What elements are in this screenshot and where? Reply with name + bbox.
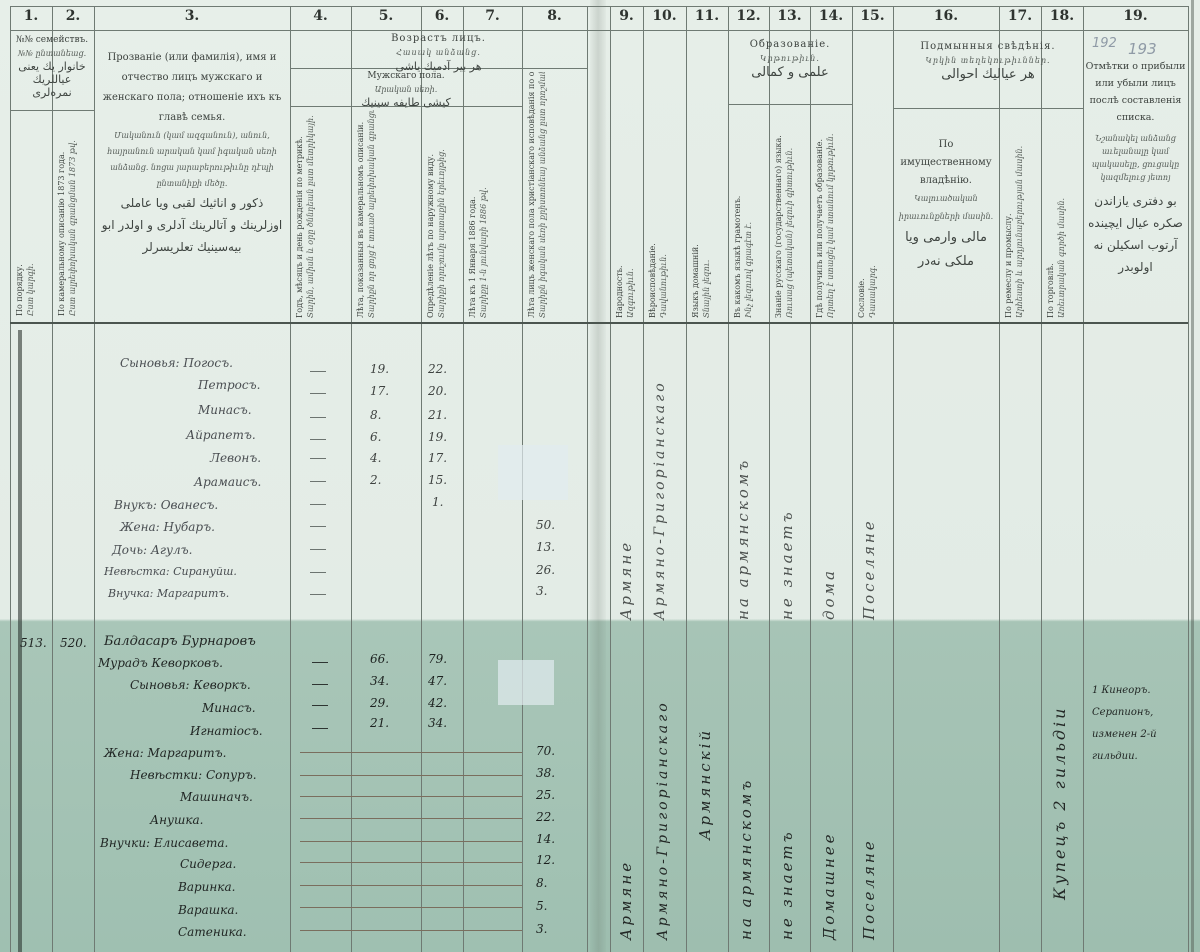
person-name: Сатеника. — [178, 925, 247, 939]
person-name: Анушка. — [150, 813, 203, 827]
age-female: 38. — [536, 766, 555, 780]
dash-mark — [312, 684, 328, 685]
column-number: 16. — [893, 8, 999, 30]
person-name: Сидерга. — [180, 857, 236, 871]
trade-note: Купецъ 2 гильдiи — [1050, 660, 1069, 900]
age-appearance: 21. — [428, 408, 447, 422]
age-cameral: 29. — [370, 696, 389, 710]
header-am: Արական սեռի. — [292, 83, 520, 96]
dash-mark — [310, 439, 326, 440]
column-number: 8. — [522, 8, 587, 30]
person-name: Балдасаръ Бурнаровъ — [104, 634, 256, 649]
grid-line — [10, 110, 94, 111]
age-cameral: 66. — [370, 652, 389, 666]
header-ru: По порядку. — [15, 264, 24, 316]
dash-mark — [310, 549, 326, 550]
header-ru: Народность. — [615, 265, 624, 318]
header-am: №№ ընտանեաց. — [12, 47, 92, 60]
age-appearance: 1. — [432, 495, 443, 509]
dash-mark — [312, 705, 328, 706]
dash-mark — [310, 572, 326, 573]
age-cameral: 34. — [370, 674, 389, 688]
paper-repair-patch — [498, 660, 554, 705]
column-number: 2. — [52, 8, 94, 30]
header-am: Ազգութիւն. — [626, 269, 635, 319]
nationality-note: Армяне — [617, 380, 635, 620]
person-name: Варинка. — [178, 880, 235, 894]
dash-mark — [310, 458, 326, 459]
header-col5: Лѣта, показанныя въ камеральномъ описані… — [355, 110, 417, 318]
person-name: Игнатiосъ. — [190, 724, 263, 738]
age-cameral: 4. — [370, 451, 381, 465]
header-age-group: Возрастъ лицъ. Հասակ անձանց. هر بیر آدمی… — [292, 32, 585, 74]
dash-mark — [310, 526, 326, 527]
header-ru: Возрастъ лицъ. — [292, 32, 585, 46]
dash-mark — [310, 371, 326, 372]
column-number: 11. — [686, 8, 728, 30]
grid-line — [893, 108, 1083, 109]
column-number: 5. — [351, 8, 421, 30]
age-female: 13. — [536, 540, 555, 554]
family-number-cameral: 520. — [60, 636, 87, 650]
person-name: Внукъ: Ованесъ. — [114, 498, 218, 512]
header-col12: Въ какомъ языкѣ грамотенъ. Ինչ լեզուով գ… — [732, 108, 766, 318]
header-ru: Въ какомъ языкѣ грамотенъ. — [733, 196, 742, 318]
row-rule — [300, 752, 522, 753]
person-name: Внучки: Елисавета. — [100, 836, 228, 850]
row-rule — [300, 818, 522, 819]
age-appearance: 22. — [428, 362, 447, 376]
column-number: 4. — [290, 8, 351, 30]
header-col19: Отмѣтки о прибыли или убыли лицъ послѣ с… — [1085, 58, 1186, 278]
age-female: 3. — [536, 584, 547, 598]
dash-mark — [310, 393, 326, 394]
column-number: 17. — [999, 8, 1041, 30]
age-cameral: 17. — [370, 384, 389, 398]
header-ru: По ремеслу и промыслу. — [1004, 213, 1013, 318]
grid-line — [1188, 6, 1189, 952]
home-language-note: Армянскiй — [696, 600, 714, 840]
age-appearance: 47. — [428, 674, 447, 688]
grid-line — [728, 104, 852, 105]
dash-mark — [310, 594, 326, 595]
header-am: Ռուսաց (պետական) լեզուի գիտութիւն. — [785, 148, 794, 318]
grid-line — [810, 6, 811, 952]
row-rule — [300, 907, 522, 908]
age-female: 12. — [536, 853, 555, 867]
russian-knowledge-note: не знаетъ — [778, 620, 796, 940]
age-female: 22. — [536, 810, 555, 824]
header-ru: Годъ, мѣсяцъ и день рожденія по метрикѣ. — [295, 136, 304, 318]
row-rule — [300, 862, 522, 863]
person-name: Дочь: Агулъ. — [112, 543, 192, 557]
grid-line — [351, 6, 352, 952]
header-ru: Гдѣ получилъ или получаетъ образованіе. — [815, 139, 824, 318]
header-ru: Образованіе. — [730, 38, 850, 52]
age-female: 50. — [536, 518, 555, 532]
header-ru: Мужскаго пола. — [292, 70, 520, 83]
grid-line — [10, 6, 1188, 7]
family-number-sequential: 513. — [20, 636, 47, 650]
person-name: Минасъ. — [198, 403, 252, 417]
dash-mark — [310, 504, 326, 505]
age-female: 5. — [536, 899, 547, 913]
person-name: Айрапетъ. — [186, 428, 256, 442]
right-page-edge — [1191, 0, 1194, 952]
header-ru: Знаніе русскаго (государственнаго) языка… — [774, 135, 783, 318]
header-ru: Опредѣленіе лѣтъ по наружному виду. — [426, 154, 435, 318]
row-rule — [300, 775, 522, 776]
person-name: Минасъ. — [202, 701, 256, 715]
header-am: Կրթութիւն. — [730, 52, 850, 66]
header-am: Նշանակել անձանց աւելանալը կամ պակասելը, … — [1085, 132, 1186, 184]
religion-note: Армяно-Григорiанскаго — [655, 620, 671, 940]
grid-line — [290, 6, 291, 952]
header-am: Ինչ լեզուով գրագէտ է. — [744, 222, 753, 318]
grid-line — [94, 6, 95, 952]
header-am: Տարիքն իգական սեռի քրիստոնեայ անձանց ըստ… — [538, 72, 547, 318]
age-female: 14. — [536, 832, 555, 846]
header-col14: Гдѣ получилъ или получаетъ образованіе. … — [814, 108, 848, 318]
age-cameral: 8. — [370, 408, 381, 422]
person-name: Петросъ. — [198, 378, 260, 392]
age-appearance: 15. — [428, 473, 447, 487]
header-am: Դավանութիւն. — [659, 254, 668, 318]
header-am: Որտեղ է ստացել կամ ստանում կրթութիւն. — [826, 134, 835, 318]
person-name: Сыновья: Погосъ. — [120, 356, 233, 370]
person-name: Варашка. — [178, 903, 238, 917]
header-ru: №№ семействъ. — [12, 34, 92, 47]
header-col18: По торговлѣ. Առեւտրական գործի մասին. — [1045, 112, 1079, 318]
grid-line — [893, 6, 894, 952]
header-am: Կրկին տեղեկութիւններ. — [895, 54, 1081, 68]
person-name: Левонъ. — [210, 451, 261, 465]
header-col13: Знаніе русскаго (государственнаго) языка… — [773, 108, 807, 318]
header-col4: Годъ, мѣсяцъ и день рожденія по метрикѣ.… — [294, 110, 348, 318]
column-number: 12. — [728, 8, 769, 30]
grid-line — [52, 6, 53, 952]
header-ru: Лѣта, показанныя въ камеральномъ описані… — [356, 122, 365, 318]
header-col11: Языкъ домашній. Տնային լեզու. — [690, 150, 724, 318]
header-am: Կալուածական իրաւունքների մասին. — [897, 190, 995, 226]
book-gutter — [590, 0, 606, 952]
age-appearance: 79. — [428, 652, 447, 666]
header-col17: По ремеслу и промыслу. Արհեստի և արդյուն… — [1003, 112, 1037, 318]
header-col10: Вѣроисповѣданіе. Դավանութիւն. — [647, 150, 683, 318]
header-extra-group: Подмынныя свѣдѣнія. Կրկին տեղեկութիւններ… — [895, 40, 1081, 82]
header-col7: Лѣта къ 1 Января 1886 года. Տարիքը 1-ն յ… — [467, 110, 519, 318]
person-name: Невѣстки: Сопуръ. — [130, 768, 257, 782]
column-number: 3. — [94, 8, 290, 30]
grid-line — [463, 6, 464, 952]
header-ru: Вѣроисповѣданіе. — [648, 243, 657, 318]
header-ru: Лѣта къ 1 Января 1886 года. — [468, 197, 477, 318]
header-col6: Опредѣленіе лѣтъ по наружному виду. Տարի… — [425, 110, 461, 318]
header-tr: علمی و کمالی — [730, 66, 850, 80]
grid-line — [728, 6, 729, 952]
header-col8: Лѣта лицъ женскаго пола христіанскаго ис… — [526, 72, 584, 318]
header-am: Մականուն (կամ ազգանուն), անուն, հայրանու… — [100, 128, 284, 192]
header-col9: Народность. Ազգութիւն. — [614, 150, 640, 318]
header-col3: Прозваніе (или фамилія), имя и отчество … — [100, 48, 284, 258]
header-am: Դասակարգ. — [868, 265, 877, 318]
person-name: Сыновья: Кеворкъ. — [130, 678, 251, 692]
column-number: 1. — [10, 8, 52, 30]
header-ru: Лѣта лицъ женскаго пола христіанскаго ис… — [527, 72, 536, 318]
age-cameral: 6. — [370, 430, 381, 444]
age-appearance: 17. — [428, 451, 447, 465]
header-am: Առեւտրական գործի մասին. — [1057, 198, 1066, 318]
person-name: Мурадъ Кеворковъ. — [98, 656, 223, 670]
header-education-group: Образованіе. Կրթութիւն. علمی و کمالی — [730, 38, 850, 80]
person-name: Невѣстка: Сирануйш. — [104, 565, 237, 578]
header-ru: Отмѣтки о прибыли или убыли лицъ послѣ с… — [1085, 58, 1186, 126]
header-am: Տարիքի որոշումը արտաքին երեւոյթից. — [437, 149, 446, 318]
header-am: Տարիքն որ ցոյց է տուած ալրեփոխական գրանց… — [367, 110, 376, 318]
grid-line — [10, 6, 11, 952]
header-tr: خانوار یك یعنی عیاللریك نمرەلری — [12, 60, 92, 99]
person-name: Внучка: Маргаритъ. — [108, 587, 229, 600]
row-rule — [300, 796, 522, 797]
age-camеral: 19. — [370, 362, 389, 376]
header-ru: По имущественному владѣнію. — [897, 136, 995, 190]
header-ru: По торговлѣ. — [1046, 263, 1055, 318]
age-appearance: 42. — [428, 696, 447, 710]
header-ru: Прозваніе (или фамилія), имя и отчество … — [100, 48, 284, 128]
dash-mark — [312, 728, 328, 729]
person-name: Арамаисъ. — [194, 475, 261, 489]
header-tr: کیشی طایفه سینیك — [292, 96, 520, 109]
column-number: 6. — [421, 8, 463, 30]
person-name: Жена: Нубаръ. — [120, 520, 215, 534]
header-am: Տարին, ամիսն և օրը ծննդեան ըստ մետրիկայի… — [306, 115, 315, 318]
column-number: 19. — [1083, 8, 1188, 30]
header-am: Արհեստի և արդյունաբերության մասին. — [1015, 146, 1024, 318]
religion-note: Армяно-Григорiанскаго — [652, 350, 668, 620]
age-female: 25. — [536, 788, 555, 802]
grid-line — [852, 6, 853, 952]
person-name: Жена: Маргаритъ. — [104, 746, 226, 760]
age-appearance: 34. — [428, 716, 447, 730]
paper-repair-patch — [498, 445, 568, 500]
grid-line — [643, 6, 644, 952]
age-appearance: 19. — [428, 430, 447, 444]
column-number: 14. — [810, 8, 852, 30]
age-female: 26. — [536, 563, 555, 577]
header-am: Ըստ ալրեփոխական գրանցման 1873 թվ. — [68, 140, 77, 316]
header-bottom-rule — [10, 322, 1188, 324]
header-col1-2: №№ семействъ. №№ ընտանեաց. خانوار یك یعن… — [12, 34, 92, 99]
dash-mark — [312, 662, 328, 663]
row-rule — [300, 885, 522, 886]
grid-line — [587, 6, 588, 952]
header-ru: Подмынныя свѣдѣнія. — [895, 40, 1081, 54]
estate-note: Поселяне — [860, 640, 878, 940]
column-number: 18. — [1041, 8, 1083, 30]
age-cameral: 21. — [370, 716, 389, 730]
column-number: 13. — [769, 8, 810, 30]
education-place-note: дома — [820, 460, 838, 620]
column-number: 7. — [463, 8, 522, 30]
header-col1: По порядку. Ըստ կարգի. — [14, 116, 48, 316]
header-male-group: Мужскаго пола. Արական սեռի. کیشی طایفه س… — [292, 70, 520, 109]
dash-mark — [310, 417, 326, 418]
grid-line — [610, 6, 611, 952]
grid-line — [769, 6, 770, 952]
header-ru: Языкъ домашній. — [691, 244, 700, 318]
remark-note: 1 Кинеоръ. Серапионъ, изменен 2-й гильди… — [1092, 680, 1182, 768]
header-ru: Сословіе. — [857, 278, 866, 318]
age-cameral: 2. — [370, 473, 381, 487]
header-tr: بو دفتری یازاندن صکره عیال ایچینده آرتوب… — [1085, 190, 1186, 278]
age-appearance: 20. — [428, 384, 447, 398]
grid-line — [1041, 6, 1042, 952]
pencil-page-number: 192 — [1092, 36, 1117, 51]
nationality-note: Армяне — [617, 660, 635, 940]
header-ru: По камеральному описанію 1873 года. — [57, 152, 66, 316]
header-col15: Сословіе. Դասակարգ. — [856, 200, 890, 318]
russian-knowledge-note: не знаетъ — [778, 420, 796, 620]
grid-line — [10, 30, 1188, 31]
header-col16: По имущественному владѣнію. Կալուածական … — [897, 136, 995, 274]
header-am: Տարիքը 1-ն յունվարի 1886 թվ. — [479, 187, 488, 318]
grid-line — [421, 6, 422, 952]
header-am: Տնային լեզու. — [702, 260, 711, 318]
estate-note: Поселяне — [860, 540, 878, 620]
dash-mark — [310, 481, 326, 482]
header-tr: مالی وارمی ویا ملکی نەدر — [897, 226, 995, 274]
literacy-note: на армянскомъ — [734, 380, 752, 620]
grid-line — [999, 6, 1000, 952]
header-am: Հասակ անձանց. — [292, 46, 585, 60]
row-rule — [300, 930, 522, 931]
grid-line — [1083, 6, 1084, 952]
education-place-note: Домашнее — [820, 720, 838, 940]
header-tr: هر عیالیك احوالی — [895, 68, 1081, 82]
age-female: 3. — [536, 922, 547, 936]
age-female: 70. — [536, 744, 555, 758]
column-number: 10. — [643, 8, 686, 30]
column-number: 9. — [610, 8, 643, 30]
age-female: 8. — [536, 876, 547, 890]
literacy-note: на армянскомъ — [737, 660, 755, 940]
pencil-page-number: 193 — [1128, 40, 1157, 58]
grid-line — [686, 6, 687, 952]
column-number: 15. — [852, 8, 893, 30]
header-am: Ըստ կարգի. — [26, 263, 35, 316]
row-rule — [300, 841, 522, 842]
header-col2: По камеральному описанію 1873 года. Ըստ … — [56, 116, 90, 316]
person-name: Машиначъ. — [180, 790, 253, 804]
header-tr: ذکور و اناثیك لقبی ویا عاملی اوزلرینك و … — [100, 192, 284, 258]
